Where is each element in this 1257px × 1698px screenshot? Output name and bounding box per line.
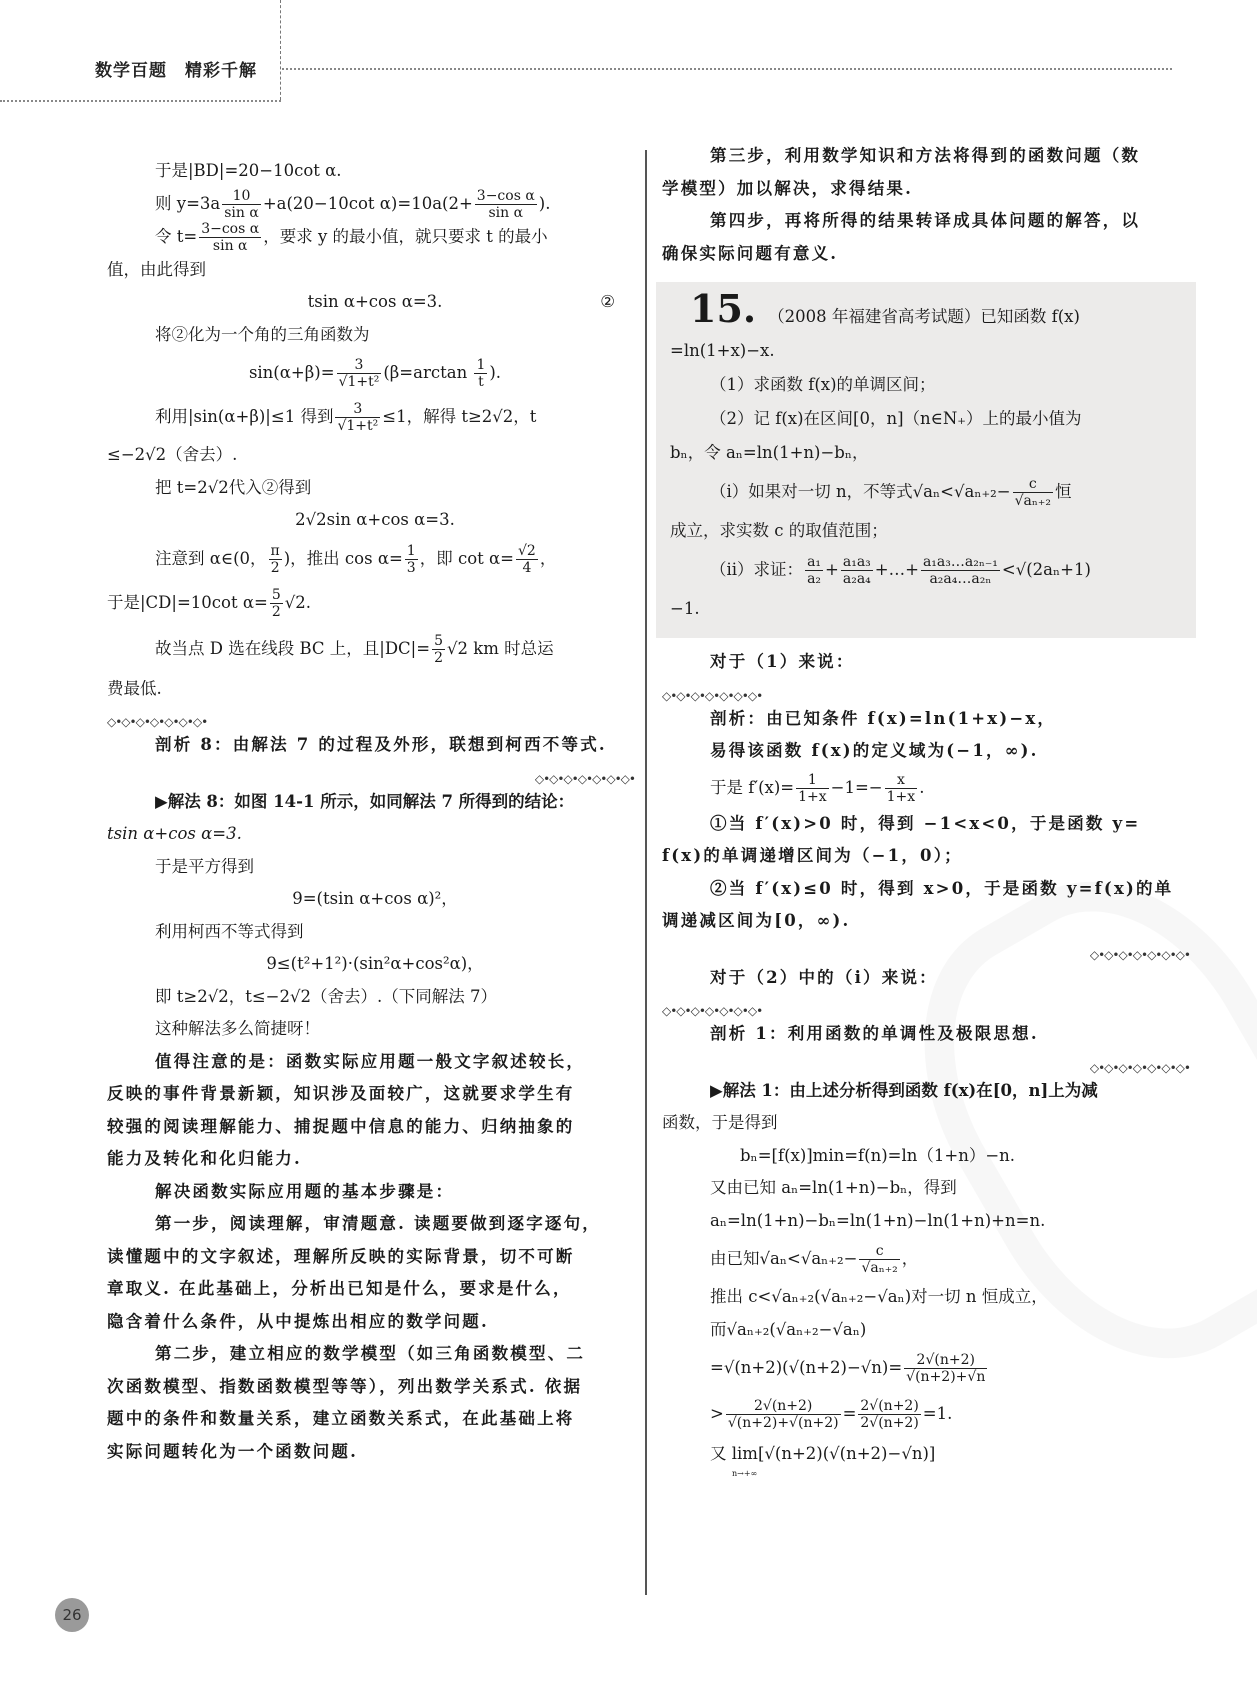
equation-line: 于是 f′(x)=11+x−1=−x1+x.: [670, 768, 1190, 808]
text-line: 将②化为一个角的三角函数为: [115, 319, 635, 352]
problem-source: （2008 年福建省高考试题）已知函数 f(x): [768, 307, 1080, 326]
solution-heading: ▶解法 8：如图 14-1 所示，如同解法 7 所得到的结论：: [115, 786, 635, 819]
equation-line: 故当点 D 选在线段 BC 上，且|DC|=52√2 km 时总运: [115, 625, 635, 673]
equation-line: 利用|sin(α+β)|≤1 得到3√1+t²≤1，解得 t≥2√2，t: [115, 395, 635, 439]
text-line: 又由已知 aₙ=ln(1+n)−bₙ，得到: [670, 1172, 1190, 1205]
text-line: ≤−2√2（舍去）.: [107, 439, 635, 472]
text-line: 易得该函数 f(x)的定义域为(−1，∞).: [670, 735, 1190, 768]
left-column: 于是|BD|=20−10cot α. 则 y=3a10sin α+a(20−10…: [115, 155, 635, 1468]
page-number-badge: 26: [55, 1598, 89, 1632]
step2-line: 第二步，建立相应的数学模型（如三角函数模型、二: [115, 1338, 635, 1371]
analysis-heading: 剖析：由已知条件 f(x)=ln(1+x)−x，: [670, 703, 1190, 736]
equation-line: 注意到 α∈(0，π2)，推出 cos α=13，即 cot α=√24，: [115, 537, 635, 581]
text-line: 费最低.: [107, 673, 635, 706]
ornament-divider: ◇•◇•◇•◇•◇•◇•◇•: [662, 994, 1190, 1012]
equation-line: 2√2sin α+cos α=3.: [115, 504, 635, 537]
equation-line: 则 y=3a10sin α+a(20−10cot α)=10a(2+3−cos …: [115, 188, 635, 221]
step3-line: 学模型）加以解决，求得结果.: [662, 173, 1190, 206]
equation-line: =√(n+2)(√(n+2)−√n)=2√(n+2)√(n+2)+√n: [670, 1346, 1190, 1390]
problem-line: −1.: [670, 592, 1180, 626]
text-line: 这种解法多么简捷呀！: [115, 1013, 635, 1046]
step3-line: 第三步，利用数学知识和方法将得到的函数问题（数: [670, 140, 1190, 173]
equation-line: tsin α+cos α=3.②: [115, 286, 635, 319]
note-paragraph-line: 值得注意的是：函数实际应用题一般文字叙述较长，: [115, 1046, 635, 1079]
step2-line: 题中的条件和数量关系，建立函数关系式，在此基础上将: [107, 1403, 635, 1436]
equation-line: 令 t=3−cos αsin α，要求 y 的最小值，就只要求 t 的最小: [115, 221, 635, 254]
problem-header: 15.（2008 年福建省高考试题）已知函数 f(x): [670, 292, 1180, 334]
ornament-divider: ◇•◇•◇•◇•◇•◇•◇•: [107, 705, 635, 723]
equation-line: aₙ=ln(1+n)−bₙ=ln(1+n)−ln(1+n)+n=n.: [670, 1205, 1190, 1238]
problem-line: 成立，求实数 c 的取值范围；: [670, 514, 1180, 548]
equation-line: bₙ=[f(x)]min=f(n)=ln（1+n）−n.: [670, 1140, 1190, 1173]
analysis-heading: 剖析 8：由解法 7 的过程及外形，联想到柯西不等式.: [115, 729, 635, 762]
equation-line: sin(α+β)=3√1+t²(β=arctan 1t).: [115, 351, 635, 395]
note-paragraph-line: 反映的事件背景新颖，知识涉及面较广，这就要求学生有: [107, 1078, 635, 1111]
step4-line: 第四步，再将所得的结果转译成具体问题的解答，以: [670, 205, 1190, 238]
problem-number: 15.: [690, 286, 756, 331]
text-line: 把 t=2√2代入②得到: [115, 472, 635, 505]
step1-line: 章取义. 在此基础上，分析出已知是什么，要求是什么，: [107, 1273, 635, 1306]
part1-heading: 对于（1）来说：: [670, 646, 1190, 679]
case-line: 调递减区间为[0，∞).: [662, 905, 1190, 938]
text-line: 值，由此得到: [107, 254, 635, 287]
case-line: ②当 f′(x)≤0 时，得到 x>0，于是函数 y=f(x)的单: [670, 873, 1190, 906]
equation-line: 于是|CD|=10cot α=52√2.: [107, 581, 635, 625]
header-divider: [280, 0, 281, 100]
step4-line: 确保实际问题有意义.: [662, 238, 1190, 271]
header-dotted-rule: [282, 68, 1172, 70]
column-divider: [645, 150, 647, 1595]
step2-line: 实际问题转化为一个函数问题.: [107, 1436, 635, 1469]
equation-line: tsin α+cos α=3.: [107, 818, 635, 851]
right-column: 第三步，利用数学知识和方法将得到的函数问题（数 学模型）加以解决，求得结果. 第…: [670, 140, 1190, 1471]
text-line: 于是|BD|=20−10cot α.: [115, 155, 635, 188]
problem-line: =ln(1+x)−x.: [670, 334, 1180, 368]
problem-question-2: （2）记 f(x)在区间[0，n]（n∈N₊）上的最小值为: [670, 402, 1180, 436]
ornament-divider: ◇•◇•◇•◇•◇•◇•◇•: [115, 762, 635, 780]
step1-line: 隐含着什么条件，从中提炼出相应的数学问题.: [107, 1306, 635, 1339]
header-dotted-rule: [0, 100, 281, 102]
step2-line: 次函数模型、指数函数模型等等），列出数学关系式. 依据: [107, 1371, 635, 1404]
text-line: 于是平方得到: [115, 851, 635, 884]
problem-question-2ii: （ⅱ）求证：a₁a₂+a₁a₃a₂a₄+…+a₁a₃…a₂ₙ₋₁a₂a₄…a₂ₙ…: [670, 548, 1180, 592]
equation-line: 又 lim[√(n+2)(√(n+2)−√n)] n→+∞: [670, 1438, 1190, 1471]
part2i-heading: 对于（2）中的（ⅰ）来说：: [670, 962, 1190, 995]
ornament-divider: ◇•◇•◇•◇•◇•◇•◇•: [670, 1051, 1190, 1069]
book-title: 数学百题 精彩千解: [95, 56, 257, 81]
limit-subscript: n→+∞: [732, 1458, 757, 1491]
problem-question-2i: （ⅰ）如果对一切 n，不等式√aₙ<√aₙ₊₂−c√aₙ₊₂恒: [670, 470, 1180, 514]
solution-heading: ▶解法 1：由上述分析得到函数 f(x)在[0，n]上为减: [670, 1075, 1190, 1108]
equation-line: 9≤(t²+1²)·(sin²α+cos²α)，: [115, 948, 635, 981]
analysis-heading: 剖析 1：利用函数的单调性及极限思想.: [670, 1018, 1190, 1051]
problem-box: 15.（2008 年福建省高考试题）已知函数 f(x) =ln(1+x)−x. …: [656, 282, 1196, 638]
case-line: ①当 f′(x)>0 时，得到 −1<x<0，于是函数 y=: [670, 808, 1190, 841]
equation-line: 9=(tsin α+cos α)²，: [115, 883, 635, 916]
step1-line: 读懂题中的文字叙述，理解所反映的实际背景，切不可断: [107, 1241, 635, 1274]
step1-line: 第一步，阅读理解，审清题意. 读题要做到逐字逐句，: [115, 1208, 635, 1241]
text-line: 函数，于是得到: [662, 1107, 1190, 1140]
steps-intro: 解决函数实际应用题的基本步骤是：: [115, 1176, 635, 1209]
problem-line: bₙ，令 aₙ=ln(1+n)−bₙ，: [670, 436, 1180, 470]
equation-line: 由已知√aₙ<√aₙ₊₂−c√aₙ₊₂，: [670, 1237, 1190, 1281]
equation-number: ②: [600, 286, 615, 319]
ornament-divider: ◇•◇•◇•◇•◇•◇•◇•: [662, 679, 1190, 697]
ornament-divider: ◇•◇•◇•◇•◇•◇•◇•: [670, 938, 1190, 956]
note-paragraph-line: 能力及转化和化归能力.: [107, 1143, 635, 1176]
equation-line: 推出 c<√aₙ₊₂(√aₙ₊₂−√aₙ)对一切 n 恒成立，: [670, 1281, 1190, 1314]
note-paragraph-line: 较强的阅读理解能力、捕捉题中信息的能力、归纳抽象的: [107, 1111, 635, 1144]
text-line: 利用柯西不等式得到: [115, 916, 635, 949]
equation-line: 而√aₙ₊₂(√aₙ₊₂−√aₙ): [670, 1314, 1190, 1347]
equation-line: >2√(n+2)√(n+2)+√(n+2)=2√(n+2)2√(n+2)=1.: [670, 1390, 1190, 1438]
text-line: 即 t≥2√2，t≤−2√2（舍去）.（下同解法 7）: [115, 981, 635, 1014]
case-line: f(x)的单调递增区间为（−1，0）；: [662, 840, 1190, 873]
problem-question-1: （1）求函数 f(x)的单调区间；: [670, 368, 1180, 402]
